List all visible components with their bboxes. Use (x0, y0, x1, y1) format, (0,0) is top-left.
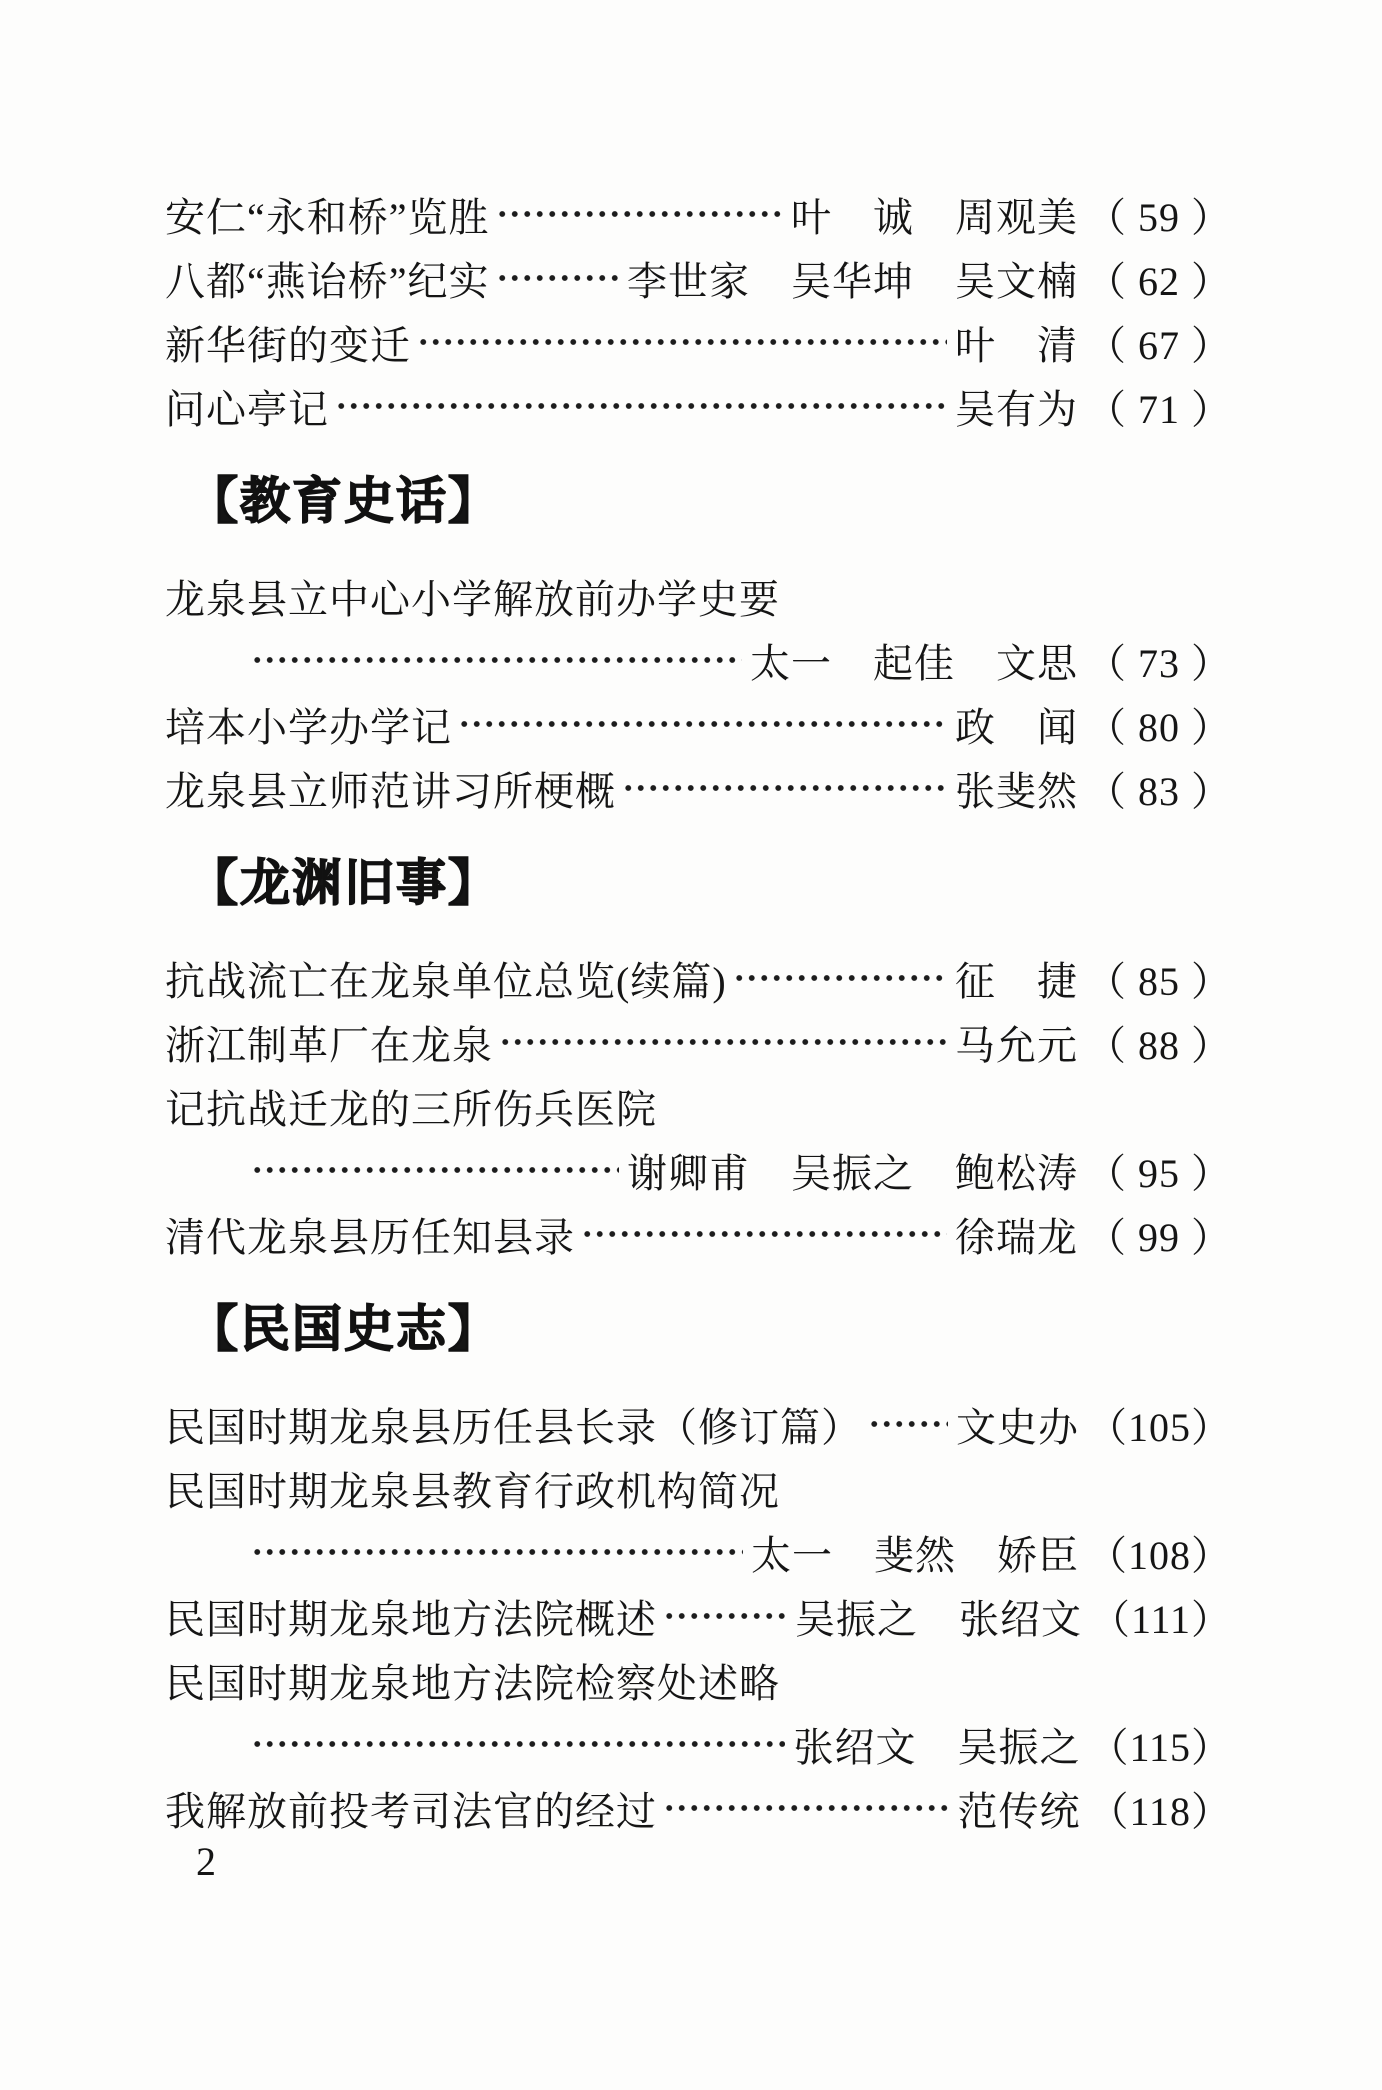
entry-authors: 政 闻 (955, 696, 1078, 753)
entry-authors: 吴振之 张绍文 (795, 1588, 1082, 1645)
section-title: 【龙渊旧事】 (188, 855, 500, 911)
toc-entry: 清代龙泉县历任知县录 徐瑞龙 （ 99 ） (165, 1202, 1232, 1266)
table-of-contents: 安仁“永和桥”览胜 叶 诚 周观美 （ 59 ） 八都“燕诒桥”纪实 李世家 吴… (165, 182, 1232, 1840)
toc-entry: 民国时期龙泉地方法院概述 吴振之 张绍文 （111） (165, 1584, 1232, 1648)
toc-entry: 民国时期龙泉县教育行政机构简况 (165, 1456, 1232, 1520)
entry-title: 民国时期龙泉地方法院概述 (165, 1588, 657, 1645)
entry-title: 我解放前投考司法官的经过 (165, 1780, 657, 1837)
dot-leader (868, 1392, 948, 1456)
toc-entry: 民国时期龙泉县历任县长录（修订篇） 文史办 （105） (165, 1392, 1232, 1456)
entry-page-number: （111） (1090, 1588, 1232, 1645)
entry-title: 民国时期龙泉县教育行政机构简况 (165, 1460, 780, 1517)
entry-page-number: （ 62 ） (1086, 250, 1232, 307)
section-header: 【民国史志】 (188, 1300, 1232, 1358)
toc-entry: 我解放前投考司法官的经过 范传统 （118） (165, 1776, 1232, 1840)
entry-title: 安仁“永和桥”览胜 (165, 186, 490, 243)
toc-entry: 问心亭记 吴有为 （ 71 ） (165, 374, 1232, 438)
entry-authors: 太一 斐然 娇臣 (751, 1524, 1079, 1581)
entry-title: 民国时期龙泉地方法院检察处述略 (165, 1652, 780, 1709)
entry-title: 龙泉县立师范讲习所梗概 (165, 760, 616, 817)
toc-entry: 龙泉县立师范讲习所梗概 张斐然 （ 83 ） (165, 756, 1232, 820)
entry-title: 浙江制革厂在龙泉 (165, 1014, 493, 1071)
entry-authors: 张斐然 (955, 760, 1078, 817)
entry-title: 八都“燕诒桥”纪实 (165, 250, 490, 307)
entry-authors: 范传统 (957, 1780, 1080, 1837)
entry-authors: 吴有为 (955, 378, 1078, 435)
entry-authors: 谢卿甫 吴振之 鲍松涛 (627, 1142, 1078, 1199)
entry-title: 龙泉县立中心小学解放前办学史要 (165, 568, 780, 625)
toc-entry: 张绍文 吴振之 （115） (165, 1712, 1232, 1776)
toc-entry: 浙江制革厂在龙泉 马允元 （ 88 ） (165, 1010, 1232, 1074)
entry-authors: 徐瑞龙 (955, 1206, 1078, 1263)
entry-page-number: （115） (1088, 1716, 1232, 1773)
entry-page-number: （105） (1087, 1396, 1232, 1453)
entry-page-number: （ 73 ） (1086, 632, 1232, 689)
dot-leader (335, 374, 947, 438)
toc-entry: 安仁“永和桥”览胜 叶 诚 周观美 （ 59 ） (165, 182, 1232, 246)
entry-title: 抗战流亡在龙泉单位总览(续篇) (165, 950, 727, 1007)
entry-page-number: （ 71 ） (1086, 378, 1232, 435)
entry-page-number: （ 99 ） (1086, 1206, 1232, 1263)
dot-leader (499, 1010, 947, 1074)
dot-leader (251, 1520, 743, 1584)
dot-leader (496, 246, 619, 310)
entry-page-number: （ 88 ） (1086, 1014, 1232, 1071)
dot-leader (251, 628, 742, 692)
dot-leader (733, 946, 947, 1010)
dot-leader (458, 692, 947, 756)
dot-leader (622, 756, 947, 820)
toc-entry: 太一 起佳 文思 （ 73 ） (165, 628, 1232, 692)
entry-title: 问心亭记 (165, 378, 329, 435)
dot-leader (251, 1138, 619, 1202)
toc-entry: 民国时期龙泉地方法院检察处述略 (165, 1648, 1232, 1712)
entry-title: 民国时期龙泉县历任县长录（修订篇） (165, 1396, 862, 1453)
entry-authors: 太一 起佳 文思 (750, 632, 1078, 689)
dot-leader (417, 310, 947, 374)
dot-leader (663, 1584, 787, 1648)
entry-title: 培本小学办学记 (165, 696, 452, 753)
entry-page-number: （118） (1088, 1780, 1232, 1837)
dot-leader (496, 182, 783, 246)
section-title: 【民国史志】 (188, 1301, 500, 1357)
entry-authors: 叶 诚 周观美 (791, 186, 1078, 243)
toc-entry: 培本小学办学记 政 闻 （ 80 ） (165, 692, 1232, 756)
entry-page-number: （ 83 ） (1086, 760, 1232, 817)
toc-entry: 新华街的变迁 叶 清 （ 67 ） (165, 310, 1232, 374)
toc-entry: 八都“燕诒桥”纪实 李世家 吴华坤 吴文楠 （ 62 ） (165, 246, 1232, 310)
entry-authors: 叶 清 (955, 314, 1078, 371)
section-title: 【教育史话】 (188, 473, 500, 529)
entry-authors: 征 捷 (955, 950, 1078, 1007)
entry-page-number: （ 80 ） (1086, 696, 1232, 753)
section-header: 【龙渊旧事】 (188, 854, 1232, 912)
dot-leader (663, 1776, 949, 1840)
page-number: 2 (196, 1838, 216, 1885)
entry-authors: 李世家 吴华坤 吴文楠 (627, 250, 1078, 307)
entry-page-number: （ 67 ） (1086, 314, 1232, 371)
entry-authors: 马允元 (955, 1014, 1078, 1071)
toc-entry: 谢卿甫 吴振之 鲍松涛 （ 95 ） (165, 1138, 1232, 1202)
entry-title: 清代龙泉县历任知县录 (165, 1206, 575, 1263)
document-page: 安仁“永和桥”览胜 叶 诚 周观美 （ 59 ） 八都“燕诒桥”纪实 李世家 吴… (0, 0, 1382, 2090)
toc-entry: 抗战流亡在龙泉单位总览(续篇) 征 捷 （ 85 ） (165, 946, 1232, 1010)
entry-title: 新华街的变迁 (165, 314, 411, 371)
entry-authors: 文史办 (956, 1396, 1079, 1453)
entry-page-number: （ 59 ） (1086, 186, 1232, 243)
toc-entry: 记抗战迁龙的三所伤兵医院 (165, 1074, 1232, 1138)
dot-leader (581, 1202, 947, 1266)
entry-page-number: （ 95 ） (1086, 1142, 1232, 1199)
section-header: 【教育史话】 (188, 472, 1232, 530)
toc-entry: 太一 斐然 娇臣 （108） (165, 1520, 1232, 1584)
dot-leader (251, 1712, 785, 1776)
entry-page-number: （108） (1087, 1524, 1232, 1581)
toc-entry: 龙泉县立中心小学解放前办学史要 (165, 564, 1232, 628)
entry-authors: 张绍文 吴振之 (793, 1716, 1080, 1773)
entry-title: 记抗战迁龙的三所伤兵医院 (165, 1078, 657, 1135)
entry-page-number: （ 85 ） (1086, 950, 1232, 1007)
